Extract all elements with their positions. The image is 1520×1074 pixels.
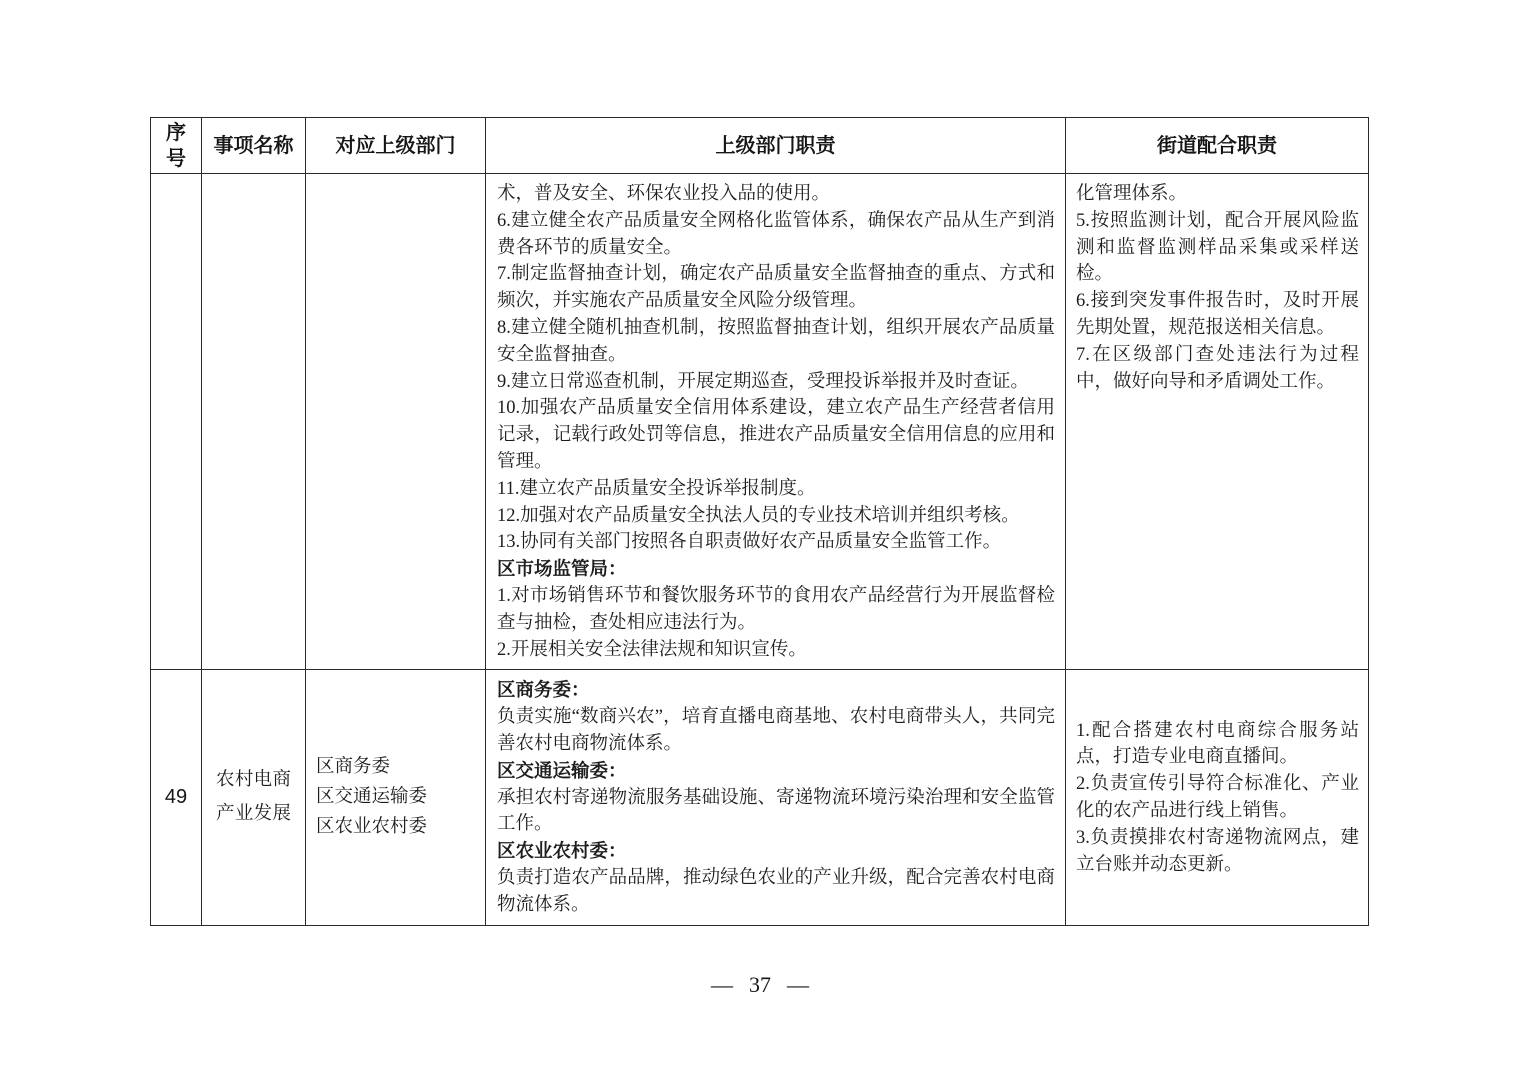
cell-superior-duties: 区商务委：负责实施“数商兴农”，培育直播电商基地、农村电商带头人，共同完善农村电… xyxy=(486,670,1066,925)
text-line: 3.负责摸排农村寄递物流网点，建立台账并动态更新。 xyxy=(1076,825,1359,879)
cell-item-name: 农村电商产业发展 xyxy=(202,670,306,925)
footer-left-dash: — xyxy=(711,972,733,998)
cell-item-name xyxy=(202,174,306,670)
text-line: 区交通运输委 xyxy=(316,782,475,812)
cell-superior-depts xyxy=(306,174,486,670)
text-line: 农村电商 xyxy=(216,763,291,797)
text-line: 9.建立日常巡查机制，开展定期巡查，受理投诉举报并及时查证。 xyxy=(497,369,1055,396)
text-line: 1.对市场销售环节和餐饮服务环节的食用农产品经营行为开展监督检查与抽检，查处相应… xyxy=(497,583,1055,637)
text-line: 12.加强对农产品质量安全执法人员的专业技术培训并组织考核。 xyxy=(497,503,1055,530)
header-col-seq-no: 序号 xyxy=(151,118,202,174)
text-line: 序 xyxy=(151,120,201,146)
section-heading: 区农业农村委： xyxy=(497,838,1055,865)
item-name-lines: 农村电商产业发展 xyxy=(216,763,291,831)
text-line: 负责打造农产品品牌，推动绿色农业的产业升级，配合完善农村电商物流体系。 xyxy=(497,865,1055,919)
text-line: 5.按照监测计划，配合开展风险监测和监督监测样品采集或采样送检。 xyxy=(1076,208,1359,288)
page-number: 37 xyxy=(749,972,771,997)
text-line: 1.配合搭建农村电商综合服务站点，打造专业电商直播间。 xyxy=(1076,718,1359,772)
text-line: 区农业农村委 xyxy=(316,812,475,842)
street-duties-text: 化管理体系。5.按照监测计划，配合开展风险监测和监督监测样品采集或采样送检。6.… xyxy=(1076,181,1359,395)
text-line: 术，普及安全、环保农业投入品的使用。 xyxy=(497,181,1055,208)
text-line: 2.开展相关安全法律法规和知识宣传。 xyxy=(497,637,1055,664)
cell-superior-duties: 术，普及安全、环保农业投入品的使用。6.建立健全农产品质量安全网格化监管体系，确… xyxy=(486,174,1066,670)
cell-seq-no xyxy=(151,174,202,670)
text-line: 6.接到突发事件报告时，及时开展先期处置，规范报送相关信息。 xyxy=(1076,288,1359,342)
street-duties-text: 1.配合搭建农村电商综合服务站点，打造专业电商直播间。2.负责宣传引导符合标准化… xyxy=(1076,718,1359,879)
text-line: 11.建立农产品质量安全投诉举报制度。 xyxy=(497,476,1055,503)
section-heading: 区商务委： xyxy=(497,677,1055,704)
superior-dept-lines: 区商务委区交通运输委区农业农村委 xyxy=(316,752,475,842)
header-col-item-name: 事项名称 xyxy=(202,118,306,174)
superior-duties-text: 区商务委：负责实施“数商兴农”，培育直播电商基地、农村电商带头人，共同完善农村电… xyxy=(497,677,1055,918)
text-line: 6.建立健全农产品质量安全网格化监管体系，确保农产品从生产到消费各环节的质量安全… xyxy=(497,208,1055,262)
document-page: 序号 事项名称 对应上级部门 上级部门职责 街道配合职责 术，普及安全、环保农业… xyxy=(0,0,1520,1074)
responsibilities-table: 序号 事项名称 对应上级部门 上级部门职责 街道配合职责 术，普及安全、环保农业… xyxy=(150,117,1369,926)
superior-duties-text: 术，普及安全、环保农业投入品的使用。6.建立健全农产品质量安全网格化监管体系，确… xyxy=(497,181,1055,663)
table-header-row: 序号 事项名称 对应上级部门 上级部门职责 街道配合职责 xyxy=(151,118,1369,174)
text-line: 8.建立健全随机抽查机制，按照监督抽查计划，组织开展农产品质量安全监督抽查。 xyxy=(497,315,1055,369)
cell-street-duties: 化管理体系。5.按照监测计划，配合开展风险监测和监督监测样品采集或采样送检。6.… xyxy=(1066,174,1369,670)
text-line: 产业发展 xyxy=(216,797,291,831)
table-row-49: 49 农村电商产业发展 区商务委区交通运输委区农业农村委 区商务委：负责实施“数… xyxy=(151,670,1369,925)
text-line: 7.在区级部门查处违法行为过程中，做好向导和矛盾调处工作。 xyxy=(1076,342,1359,396)
text-line: 2.负责宣传引导符合标准化、产业化的农产品进行线上销售。 xyxy=(1076,771,1359,825)
text-line: 13.协同有关部门按照各自职责做好农产品质量安全监管工作。 xyxy=(497,529,1055,556)
page-footer: —37— xyxy=(0,972,1520,998)
cell-street-duties: 1.配合搭建农村电商综合服务站点，打造专业电商直播间。2.负责宣传引导符合标准化… xyxy=(1066,670,1369,925)
cell-superior-depts: 区商务委区交通运输委区农业农村委 xyxy=(306,670,486,925)
table-row-continuation: 术，普及安全、环保农业投入品的使用。6.建立健全农产品质量安全网格化监管体系，确… xyxy=(151,174,1369,670)
text-line: 化管理体系。 xyxy=(1076,181,1359,208)
section-heading: 区交通运输委： xyxy=(497,758,1055,785)
header-col-superior-duties: 上级部门职责 xyxy=(486,118,1066,174)
section-heading: 区市场监管局： xyxy=(497,556,1055,583)
text-line: 7.制定监督抽查计划，确定农产品质量安全监督抽查的重点、方式和频次，并实施农产品… xyxy=(497,261,1055,315)
header-col-street-duties: 街道配合职责 xyxy=(1066,118,1369,174)
header-seq-no-lines: 序号 xyxy=(151,120,201,172)
text-line: 负责实施“数商兴农”，培育直播电商基地、农村电商带头人，共同完善农村电商物流体系… xyxy=(497,704,1055,758)
text-line: 号 xyxy=(151,146,201,172)
header-col-superior-dept: 对应上级部门 xyxy=(306,118,486,174)
text-line: 区商务委 xyxy=(316,752,475,782)
text-line: 承担农村寄递物流服务基础设施、寄递物流环境污染治理和安全监管工作。 xyxy=(497,785,1055,839)
cell-seq-no: 49 xyxy=(151,670,202,925)
text-line: 10.加强农产品质量安全信用体系建设，建立农产品生产经营者信用记录，记载行政处罚… xyxy=(497,395,1055,475)
footer-right-dash: — xyxy=(787,972,809,998)
